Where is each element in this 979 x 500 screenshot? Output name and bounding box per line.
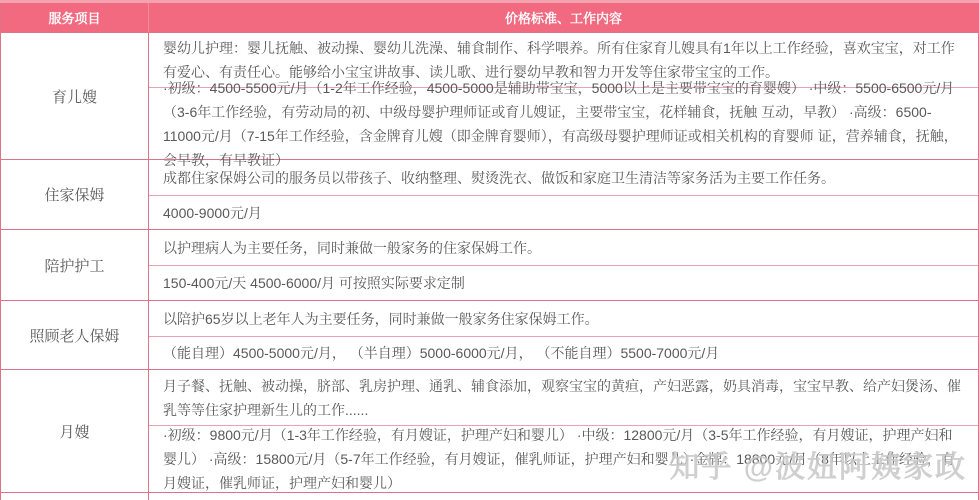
cell-description: 以陪护65岁以上老年人为主要任务，同时兼做一般家务住家保姆工作。 — [149, 301, 978, 337]
service-name: 陪护护工 — [1, 230, 149, 300]
table-row: 住家保姆 成都住家保姆公司的服务员以带孩子、收纳整理、熨烫洗衣、做饭和家庭卫生清… — [1, 160, 978, 230]
cell-description: 成都住家保姆公司的服务员以带孩子、收纳整理、熨烫洗衣、做饭和家庭卫生清洁等家务活… — [149, 160, 978, 196]
cell-price: 150-400元/天 4500-6000/月 可按照实际要求定制 — [149, 266, 978, 300]
service-name: 住家保姆 — [1, 160, 149, 229]
cell-price: ·初级：4500-5500元/月（1-2年工作经验，4500-5000是辅助带宝… — [149, 88, 978, 159]
table-row: 照顾老人保姆 以陪护65岁以上老年人为主要任务，同时兼做一般家务住家保姆工作。 … — [1, 301, 978, 370]
price-table-page: 服务项目 价格标准、工作内容 育儿嫂 婴幼儿护理：婴儿抚触、被动操、婴幼儿洗澡、… — [0, 0, 979, 500]
cell-description: 月子餐、抚触、被动操，脐部、乳房护理、通乳、辅食添加，观察宝宝的黄疸，产妇恶露，… — [149, 370, 978, 426]
table-row-cutoff — [1, 493, 978, 500]
cell-price: 4000-9000元/月 — [149, 196, 978, 229]
service-name: 月嫂 — [1, 370, 149, 492]
table-row: 陪护护工 以护理病人为主要任务，同时兼做一般家务的住家保姆工作。 150-400… — [1, 230, 978, 301]
table-header-row: 服务项目 价格标准、工作内容 — [1, 3, 978, 33]
table-row: 育儿嫂 婴幼儿护理：婴儿抚触、被动操、婴幼儿洗澡、辅食制作、科学喂养。所有住家育… — [1, 33, 978, 160]
header-price-column: 价格标准、工作内容 — [149, 3, 978, 32]
cell-price: ·初级：9800元/月（1-3年工作经验，有月嫂证，护理产妇和婴儿） ·中级：1… — [149, 426, 978, 492]
header-service-column: 服务项目 — [1, 3, 149, 32]
cell-price: （能自理）4500-5000元/月， （半自理）5000-6000元/月， （不… — [149, 337, 978, 369]
service-price-table: 服务项目 价格标准、工作内容 育儿嫂 婴幼儿护理：婴儿抚触、被动操、婴幼儿洗澡、… — [0, 3, 979, 500]
service-name: 育儿嫂 — [1, 33, 149, 159]
table-row: 月嫂 月子餐、抚触、被动操，脐部、乳房护理、通乳、辅食添加，观察宝宝的黄疸，产妇… — [1, 370, 978, 493]
cell-description: 以护理病人为主要任务，同时兼做一般家务的住家保姆工作。 — [149, 230, 978, 266]
service-name: 照顾老人保姆 — [1, 301, 149, 369]
